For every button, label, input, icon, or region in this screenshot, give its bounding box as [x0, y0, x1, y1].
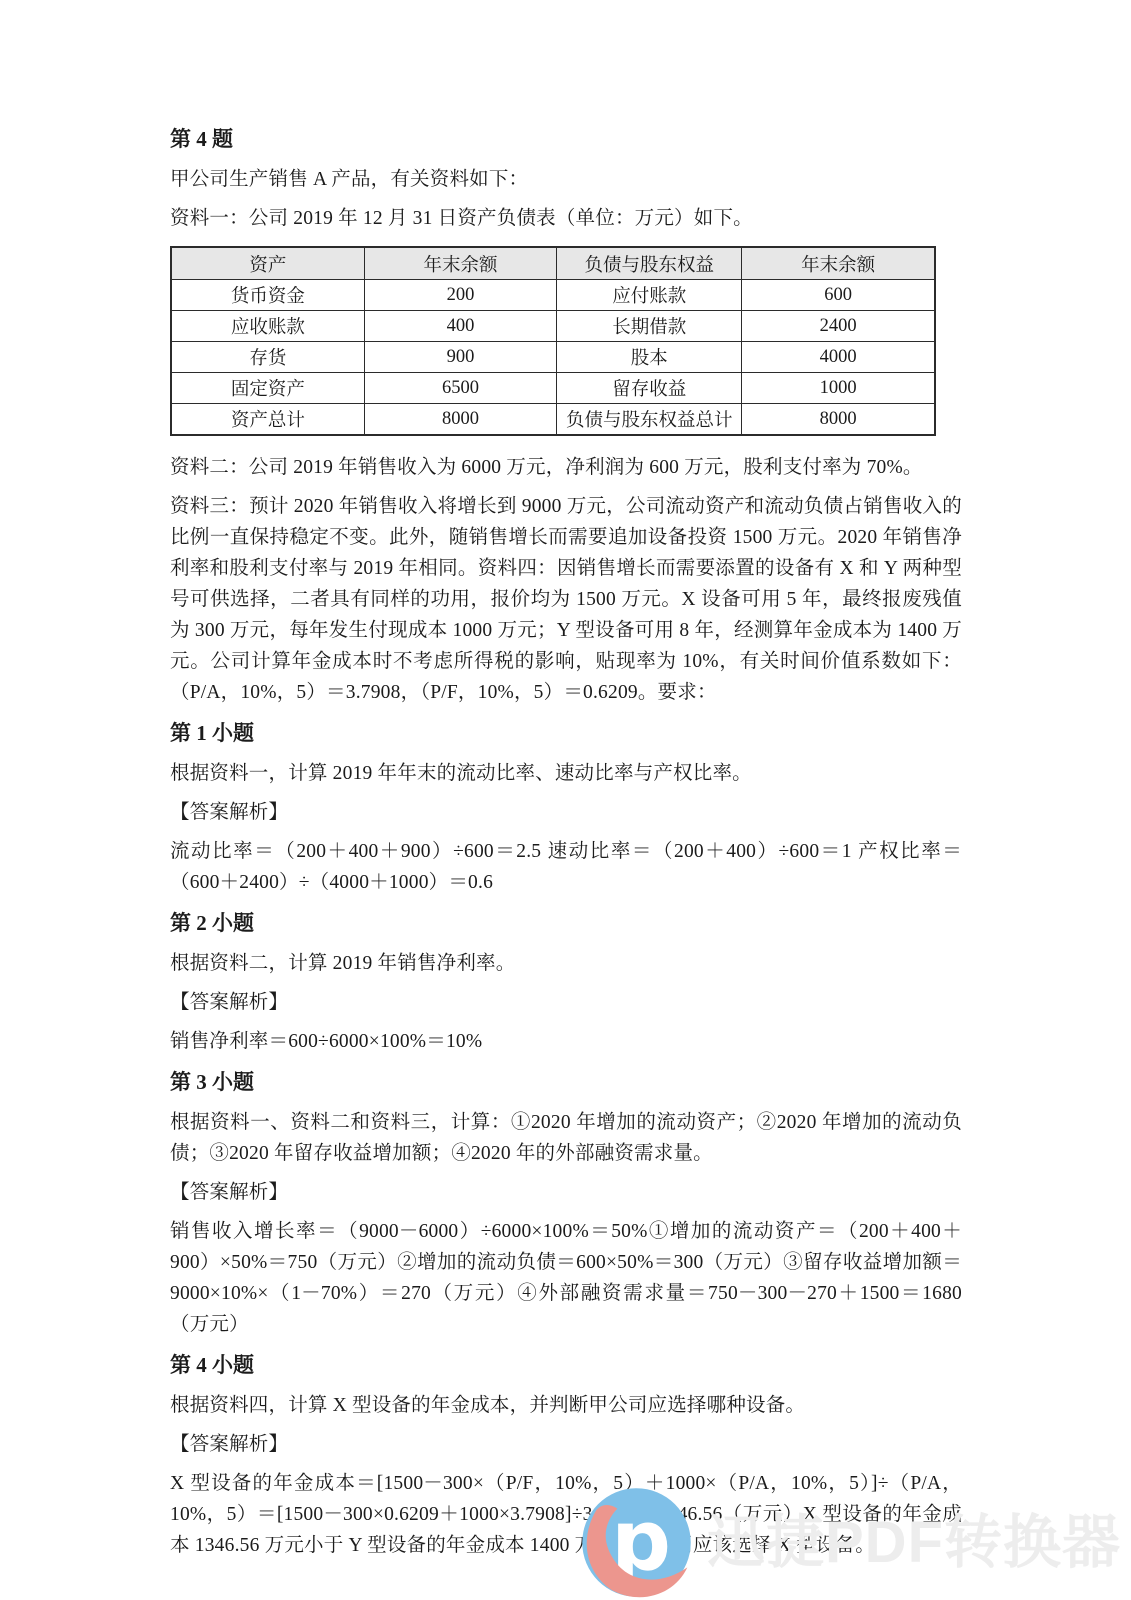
document-page: 第 4 题 甲公司生产销售 A 产品，有关资料如下： 资料一：公司 2019 年…: [0, 0, 1131, 1600]
column-header-liabilities-equity: 负债与股东权益: [557, 247, 742, 280]
cell: 应收账款: [171, 311, 364, 342]
balance-sheet-table: 资产 年末余额 负债与股东权益 年末余额 货币资金 200 应付账款 600 应…: [170, 246, 936, 436]
material3-text: 资料三：预计 2020 年销售收入将增长到 9000 万元，公司流动资产和流动负…: [170, 491, 962, 708]
subquestion-2-answer: 销售净利率＝600÷6000×100%＝10%: [170, 1026, 962, 1057]
answer-label: 【答案解析】: [170, 797, 962, 828]
cell: 负债与股东权益总计: [557, 404, 742, 436]
subquestion-3-question: 根据资料一、资料二和资料三，计算：①2020 年增加的流动资产；②2020 年增…: [170, 1107, 962, 1169]
cell: 8000: [742, 404, 935, 436]
subquestion-3: 第 3 小题 根据资料一、资料二和资料三，计算：①2020 年增加的流动资产；②…: [170, 1069, 962, 1340]
column-header-assets: 资产: [171, 247, 364, 280]
cell: 应付账款: [557, 280, 742, 311]
answer-label: 【答案解析】: [170, 1429, 962, 1460]
column-header-balance-1: 年末余额: [364, 247, 557, 280]
cell: 资产总计: [171, 404, 364, 436]
table-row: 货币资金 200 应付账款 600: [171, 280, 935, 311]
subquestion-2-title: 第 2 小题: [170, 910, 962, 936]
cell: 1000: [742, 373, 935, 404]
subquestion-1: 第 1 小题 根据资料一，计算 2019 年年末的流动比率、速动比率与产权比率。…: [170, 720, 962, 898]
material2-text: 资料二：公司 2019 年销售收入为 6000 万元，净利润为 600 万元，股…: [170, 452, 962, 483]
subquestion-3-title: 第 3 小题: [170, 1069, 962, 1095]
cell: 600: [742, 280, 935, 311]
cell: 200: [364, 280, 557, 311]
cell: 固定资产: [171, 373, 364, 404]
table-row: 存货 900 股本 4000: [171, 342, 935, 373]
subquestion-1-question: 根据资料一，计算 2019 年年末的流动比率、速动比率与产权比率。: [170, 758, 962, 789]
subquestion-2: 第 2 小题 根据资料二，计算 2019 年销售净利率。 【答案解析】 销售净利…: [170, 910, 962, 1057]
cell: 货币资金: [171, 280, 364, 311]
subquestion-4: 第 4 小题 根据资料四，计算 X 型设备的年金成本，并判断甲公司应选择哪种设备…: [170, 1352, 962, 1561]
question-title: 第 4 题: [170, 126, 962, 152]
subquestion-4-answer: X 型设备的年金成本＝[1500－300×（P/F，10%，5）＋1000×（P…: [170, 1468, 962, 1561]
cell: 8000: [364, 404, 557, 436]
column-header-balance-2: 年末余额: [742, 247, 935, 280]
cell: 400: [364, 311, 557, 342]
document-content: 第 4 题 甲公司生产销售 A 产品，有关资料如下： 资料一：公司 2019 年…: [170, 126, 962, 1569]
subquestion-4-question: 根据资料四，计算 X 型设备的年金成本，并判断甲公司应选择哪种设备。: [170, 1390, 962, 1421]
table-header-row: 资产 年末余额 负债与股东权益 年末余额: [171, 247, 935, 280]
table-row: 固定资产 6500 留存收益 1000: [171, 373, 935, 404]
subquestion-3-answer: 销售收入增长率＝（9000－6000）÷6000×100%＝50%①增加的流动资…: [170, 1216, 962, 1340]
cell: 900: [364, 342, 557, 373]
subquestion-2-question: 根据资料二，计算 2019 年销售净利率。: [170, 948, 962, 979]
answer-label: 【答案解析】: [170, 1177, 962, 1208]
subquestion-1-answer: 流动比率＝（200＋400＋900）÷600＝2.5 速动比率＝（200＋400…: [170, 836, 962, 898]
material1-text: 资料一：公司 2019 年 12 月 31 日资产负债表（单位：万元）如下。: [170, 203, 962, 234]
cell: 6500: [364, 373, 557, 404]
cell: 4000: [742, 342, 935, 373]
question-intro: 甲公司生产销售 A 产品，有关资料如下：: [170, 164, 962, 195]
cell: 存货: [171, 342, 364, 373]
table-row: 资产总计 8000 负债与股东权益总计 8000: [171, 404, 935, 436]
cell: 长期借款: [557, 311, 742, 342]
subquestion-1-title: 第 1 小题: [170, 720, 962, 746]
cell: 2400: [742, 311, 935, 342]
table-row: 应收账款 400 长期借款 2400: [171, 311, 935, 342]
cell: 股本: [557, 342, 742, 373]
cell: 留存收益: [557, 373, 742, 404]
answer-label: 【答案解析】: [170, 987, 962, 1018]
subquestion-4-title: 第 4 小题: [170, 1352, 962, 1378]
